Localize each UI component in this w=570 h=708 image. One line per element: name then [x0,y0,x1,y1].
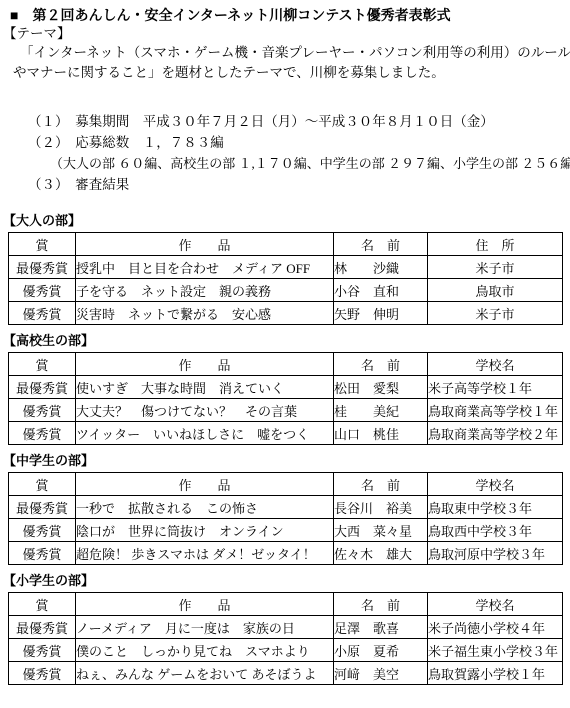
name-header: 名 前 [334,353,428,376]
doc-title: ■ 第２回あんしん・安全インターネット川柳コンテスト優秀者表彰式 [10,0,570,24]
table-row: 最優秀賞 使いすぎ 大事な時間 消えていく 松田 愛梨 米子高等学校１年 [9,376,563,399]
theme-label: 【テーマ】 [3,24,570,43]
section-highschool: 【高校生の部】 賞 作 品 名 前 学校名 最優秀賞 使いすぎ 大事な時間 消え… [0,333,570,445]
name-header: 名 前 [334,473,428,496]
name-cell: 大西 菜々星 [334,519,428,542]
affiliation-cell: 米子市 [428,256,563,279]
award-cell: 優秀賞 [9,662,76,685]
affiliation-cell: 鳥取西中学校３年 [428,519,563,542]
award-cell: 最優秀賞 [9,616,76,639]
list-item-total: （２） 応募総数 １，７８３編 [28,132,570,153]
name-header: 名 前 [334,233,428,256]
section-elementary: 【小学生の部】 賞 作 品 名 前 学校名 最優秀賞 ノーメディア 月に一度は … [0,573,570,685]
affiliation-cell: 鳥取賀露小学校１年 [428,662,563,685]
table-row: 優秀賞 陰口が 世界に筒抜け オンライン 大西 菜々星 鳥取西中学校３年 [9,519,563,542]
affiliation-header: 学校名 [428,353,563,376]
award-cell: 優秀賞 [9,639,76,662]
work-cell: 僕のこと しっかり見てね スマホより [76,639,334,662]
middleschool-table: 賞 作 品 名 前 学校名 最優秀賞 一秒で 拡散される この怖さ 長谷川 裕美… [8,472,563,565]
award-cell: 優秀賞 [9,519,76,542]
table-header-row: 賞 作 品 名 前 学校名 [9,353,563,376]
section-label: 【大人の部】 [3,213,570,229]
name-cell: 長谷川 裕美 [334,496,428,519]
work-cell: 使いすぎ 大事な時間 消えていく [76,376,334,399]
table-row: 優秀賞 超危険！ 歩きスマホは ダメ！ゼッタイ！ 佐々木 雄大 鳥取河原中学校３… [9,542,563,565]
section-label: 【高校生の部】 [3,333,570,349]
award-cell: 最優秀賞 [9,496,76,519]
table-row: 優秀賞 大丈夫？ 傷つけてない？ その言葉 桂 美紀 鳥取商業高等学校１年 [9,399,563,422]
award-cell: 最優秀賞 [9,256,76,279]
work-cell: 授乳中 目と目を合わせ メディア OFF [76,256,334,279]
table-row: 優秀賞 ツイッター いいねほしさに 嘘をつく 山口 桃佳 鳥取商業高等学校２年 [9,422,563,445]
name-header: 名 前 [334,593,428,616]
adults-table: 賞 作 品 名 前 住 所 最優秀賞 授乳中 目と目を合わせ メディア OFF … [8,232,563,325]
name-cell: 河﨑 美空 [334,662,428,685]
list-item-total-detail: （大人の部 ６０編、高校生の部 １,１７０編、中学生の部 ２９７編、小学生の部 … [50,153,570,174]
work-cell: 大丈夫？ 傷つけてない？ その言葉 [76,399,334,422]
work-cell: 災害時 ネットで繋がる 安心感 [76,302,334,325]
work-cell: 一秒で 拡散される この怖さ [76,496,334,519]
work-cell: 陰口が 世界に筒抜け オンライン [76,519,334,542]
award-cell: 優秀賞 [9,279,76,302]
affiliation-cell: 鳥取東中学校３年 [428,496,563,519]
affiliation-header: 学校名 [428,593,563,616]
document-page: ■ 第２回あんしん・安全インターネット川柳コンテスト優秀者表彰式 【テーマ】 「… [0,0,570,708]
name-cell: 松田 愛梨 [334,376,428,399]
award-cell: 優秀賞 [9,399,76,422]
name-cell: 矢野 伸明 [334,302,428,325]
affiliation-cell: 鳥取河原中学校３年 [428,542,563,565]
highschool-table: 賞 作 品 名 前 学校名 最優秀賞 使いすぎ 大事な時間 消えていく 松田 愛… [8,352,563,445]
section-label: 【小学生の部】 [3,573,570,589]
award-header: 賞 [9,593,76,616]
section-adults: 【大人の部】 賞 作 品 名 前 住 所 最優秀賞 授乳中 目と目を合わせ メデ… [0,213,570,325]
table-row: 最優秀賞 ノーメディア 月に一度は 家族の日 足澤 歌喜 米子尚徳小学校４年 [9,616,563,639]
work-header: 作 品 [76,473,334,496]
name-cell: 桂 美紀 [334,399,428,422]
award-cell: 優秀賞 [9,542,76,565]
theme-text-line1: 「インターネット（スマホ・ゲーム機・音楽プレーヤー・パソコン利用等の利用）のルー… [20,43,570,63]
work-cell: 超危険！ 歩きスマホは ダメ！ゼッタイ！ [76,542,334,565]
affiliation-cell: 鳥取市 [428,279,563,302]
table-row: 最優秀賞 一秒で 拡散される この怖さ 長谷川 裕美 鳥取東中学校３年 [9,496,563,519]
list-item-period: （１） 募集期間 平成３０年７月２日（月）～平成３０年８月１０日（金） [28,111,570,132]
award-cell: 最優秀賞 [9,376,76,399]
award-cell: 優秀賞 [9,302,76,325]
affiliation-cell: 鳥取商業高等学校２年 [428,422,563,445]
name-cell: 足澤 歌喜 [334,616,428,639]
table-header-row: 賞 作 品 名 前 学校名 [9,473,563,496]
affiliation-cell: 米子高等学校１年 [428,376,563,399]
affiliation-cell: 鳥取商業高等学校１年 [428,399,563,422]
affiliation-cell: 米子尚徳小学校４年 [428,616,563,639]
numbered-list: （１） 募集期間 平成３０年７月２日（月）～平成３０年８月１０日（金） （２） … [0,111,570,195]
award-header: 賞 [9,353,76,376]
table-row: 最優秀賞 授乳中 目と目を合わせ メディア OFF 林 沙織 米子市 [9,256,563,279]
work-cell: ノーメディア 月に一度は 家族の日 [76,616,334,639]
table-row: 優秀賞 災害時 ネットで繋がる 安心感 矢野 伸明 米子市 [9,302,563,325]
section-label: 【中学生の部】 [3,453,570,469]
work-header: 作 品 [76,353,334,376]
affiliation-header: 学校名 [428,473,563,496]
table-row: 優秀賞 ねぇ、みんな ゲームをおいて あそぼうよ 河﨑 美空 鳥取賀露小学校１年 [9,662,563,685]
name-cell: 佐々木 雄大 [334,542,428,565]
section-middleschool: 【中学生の部】 賞 作 品 名 前 学校名 最優秀賞 一秒で 拡散される この怖… [0,453,570,565]
name-cell: 山口 桃佳 [334,422,428,445]
list-item-result: （３） 審査結果 [28,174,570,195]
award-header: 賞 [9,233,76,256]
elementary-table: 賞 作 品 名 前 学校名 最優秀賞 ノーメディア 月に一度は 家族の日 足澤 … [8,592,563,685]
work-cell: ツイッター いいねほしさに 嘘をつく [76,422,334,445]
work-cell: ねぇ、みんな ゲームをおいて あそぼうよ [76,662,334,685]
name-cell: 林 沙織 [334,256,428,279]
affiliation-cell: 米子市 [428,302,563,325]
work-cell: 子を守る ネット設定 親の義務 [76,279,334,302]
table-row: 優秀賞 子を守る ネット設定 親の義務 小谷 直和 鳥取市 [9,279,563,302]
award-sections: 【大人の部】 賞 作 品 名 前 住 所 最優秀賞 授乳中 目と目を合わせ メデ… [0,213,570,685]
name-cell: 小谷 直和 [334,279,428,302]
work-header: 作 品 [76,233,334,256]
affiliation-cell: 米子福生東小学校３年 [428,639,563,662]
table-header-row: 賞 作 品 名 前 住 所 [9,233,563,256]
work-header: 作 品 [76,593,334,616]
award-cell: 優秀賞 [9,422,76,445]
award-header: 賞 [9,473,76,496]
theme-text-line2: やマナーに関すること」を題材としたテーマで、川柳を募集しました。 [13,63,570,83]
table-row: 優秀賞 僕のこと しっかり見てね スマホより 小原 夏希 米子福生東小学校３年 [9,639,563,662]
table-header-row: 賞 作 品 名 前 学校名 [9,593,563,616]
affiliation-header: 住 所 [428,233,563,256]
name-cell: 小原 夏希 [334,639,428,662]
